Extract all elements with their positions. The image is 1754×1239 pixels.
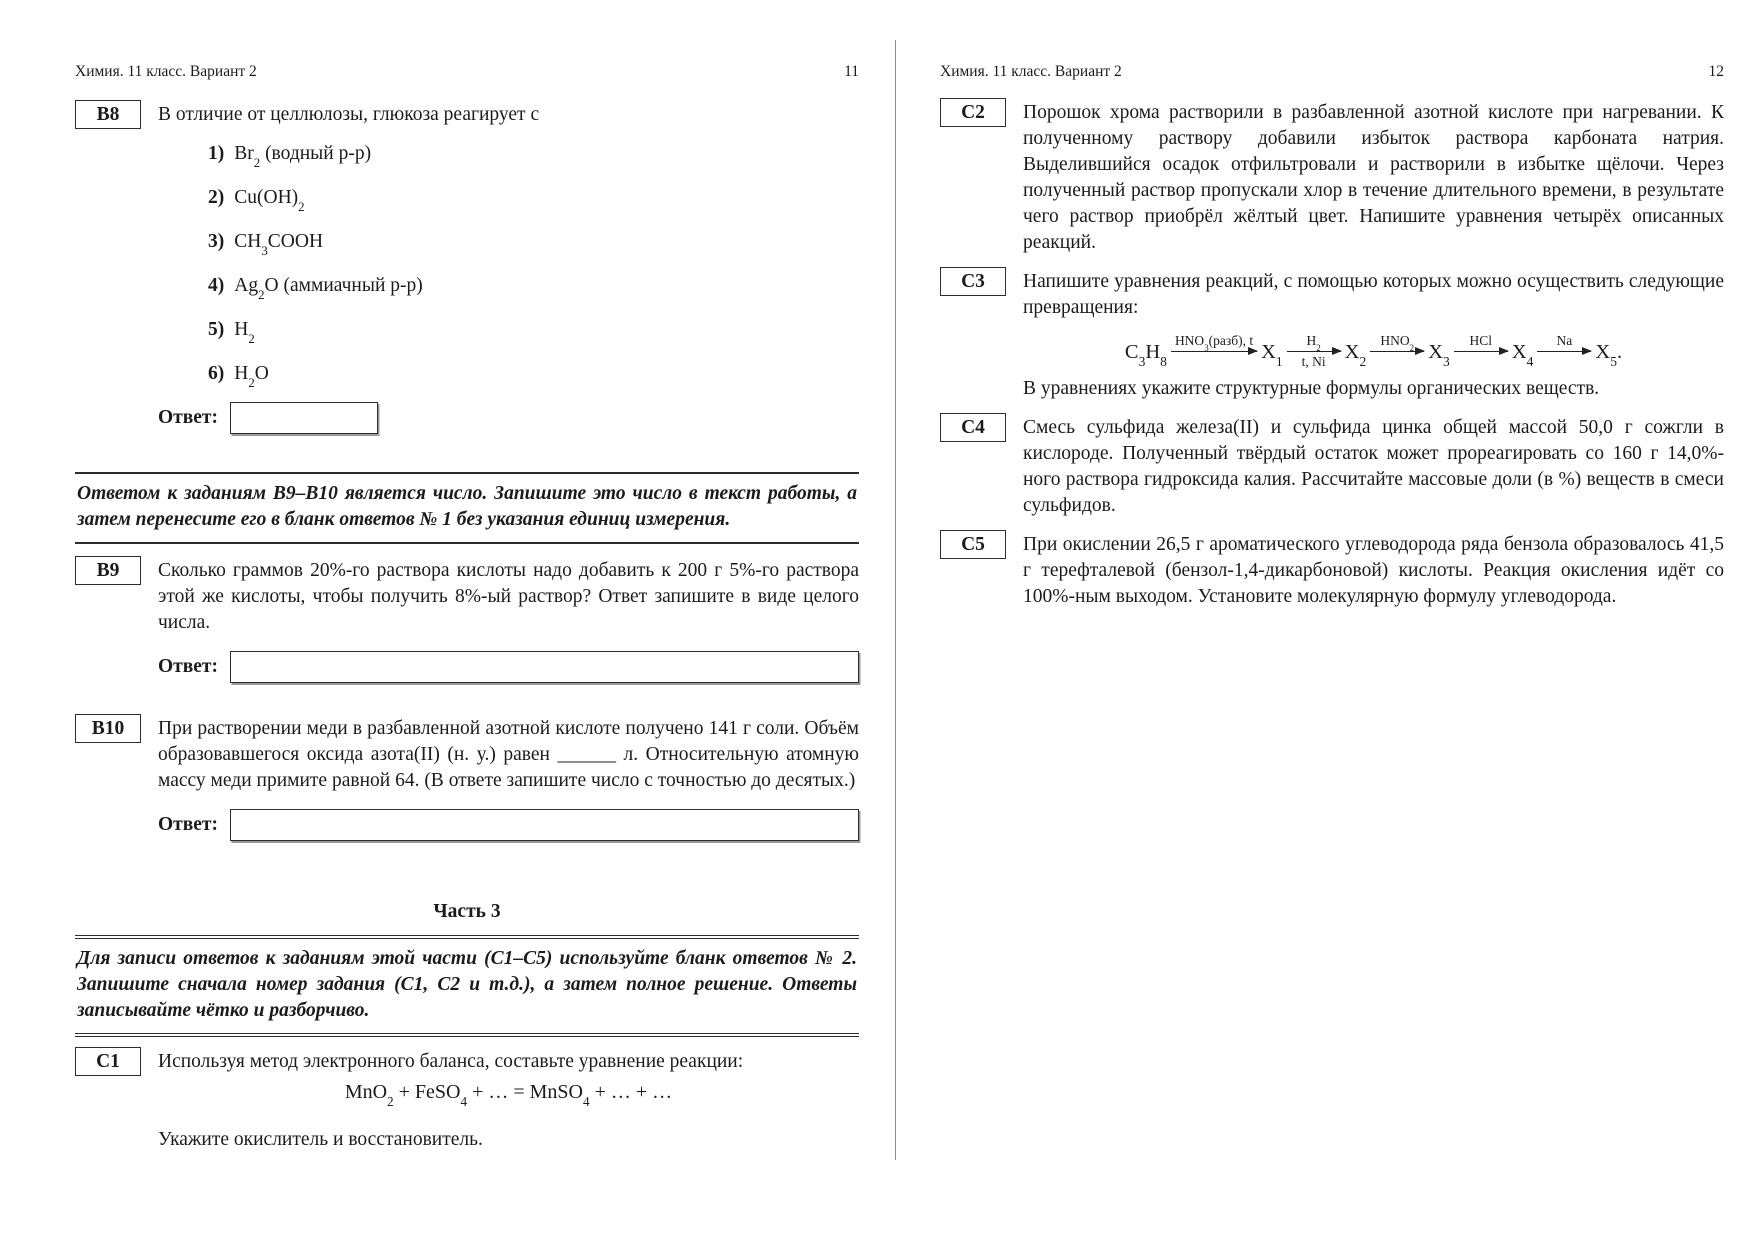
arrow-label-above: Na [1553,333,1577,349]
option-row: 1) Br2 (водный р-р) [208,141,859,167]
arrow-label-below [1477,354,1485,370]
option-formula: H2 [234,317,255,343]
task-c2-label: С2 [940,98,1006,127]
arrow-shaft [1370,351,1424,352]
task-c1-text: Используя метод электронного баланса, со… [158,1049,859,1075]
b8-answer-box[interactable] [230,402,378,434]
reaction-species: X4 [1512,339,1534,365]
b10-answer-box[interactable] [230,809,859,841]
page-header-left: Химия. 11 класс. Вариант 2 11 [75,62,859,82]
reaction-arrow: HNO2 [1370,333,1424,370]
arrow-label-above: HNO2 [1376,333,1418,349]
c1-equation: MnO2 + FeSO4 + … = MnSO4 + … + … [158,1079,859,1105]
reaction-species: X2 [1345,339,1367,365]
task-c2-text: Порошок хрома растворили в разбавленной … [1023,100,1724,256]
task-b10-label: В10 [75,714,141,743]
task-c1-label: С1 [75,1047,141,1076]
option-row: 5) H2 [208,317,859,343]
option-number: 1) [208,141,224,167]
arrow-label-below [1393,354,1401,370]
arrow-label-above: HCl [1466,333,1497,349]
b8-answer-row: Ответ: [158,402,859,434]
b9-answer-box[interactable] [230,651,859,683]
reaction-arrow: HCl [1454,333,1508,370]
answer-label: Ответ: [158,812,218,838]
option-number: 3) [208,229,224,255]
c3-note: В уравнениях укажите структурные формулы… [1023,376,1724,402]
reaction-arrow: HNO3(разб), t [1171,333,1257,370]
task-b8-options: 1) Br2 (водный р-р) 2) Cu(OH)2 3) CH3COO… [158,141,859,387]
task-c5-text: При окислении 26,5 г ароматического угле… [1023,532,1724,610]
task-c3-label: С3 [940,267,1006,296]
task-b8-label: В8 [75,100,141,129]
answer-label: Ответ: [158,405,218,431]
option-formula: Cu(OH)2 [234,185,304,211]
option-formula: H2O [234,361,269,387]
b10-answer-row: Ответ: [158,809,859,841]
task-c5-label: С5 [940,530,1006,559]
answer-label: Ответ: [158,654,218,680]
running-title: Химия. 11 класс. Вариант 2 [940,62,1122,82]
task-b8: В8 В отличие от целлюлозы, глюкоза реаги… [75,102,859,434]
option-number: 4) [208,273,224,299]
page-number: 12 [1709,62,1725,82]
task-c4: С4 Смесь сульфида железа(II) и сульфида … [940,415,1724,519]
task-b9-text: Сколько граммов 20%-го раствора кислоты … [158,558,859,636]
reaction-chain: C3H8 HNO3(разб), t X1 H2 t, Ni X2 HNO2 [1023,333,1724,370]
option-number: 6) [208,361,224,387]
option-number: 2) [208,185,224,211]
b9-answer-row: Ответ: [158,651,859,683]
reaction-species: X1 [1261,339,1283,365]
arrow-label-below: t, Ni [1298,354,1330,370]
task-b9-label: В9 [75,556,141,585]
arrow-shaft [1537,351,1591,352]
arrow-shaft [1287,351,1341,352]
reaction-species: X5. [1595,339,1622,365]
arrow-label-above: HNO3(разб), t [1171,333,1257,349]
option-formula: Br2 (водный р-р) [234,141,371,167]
page-divider [895,40,896,1160]
option-number: 5) [208,317,224,343]
task-c3-text: Напишите уравнения реакций, с помощью ко… [1023,269,1724,321]
arrow-label-above: H2 [1303,333,1325,349]
instruction-note-b9-b10: Ответом к заданиям В9–В10 является число… [75,472,859,544]
instruction-note-part3: Для записи ответов к заданиям этой части… [75,935,859,1037]
task-b10-text: При растворении меди в разбавленной азот… [158,716,859,794]
arrow-label-below [1210,354,1218,370]
reaction-arrow: Na [1537,333,1591,370]
running-title: Химия. 11 класс. Вариант 2 [75,62,257,82]
arrow-label-below [1560,354,1568,370]
arrow-shaft [1454,351,1508,352]
task-c5: С5 При окислении 26,5 г ароматического у… [940,532,1724,610]
page-right: Химия. 11 класс. Вариант 2 12 С2 Порошок… [940,62,1724,610]
task-b9: В9 Сколько граммов 20%-го раствора кисло… [75,558,859,683]
task-c3: С3 Напишите уравнения реакций, с помощью… [940,269,1724,402]
reaction-species: X3 [1428,339,1450,365]
page-left: Химия. 11 класс. Вариант 2 11 В8 В отлич… [75,62,859,1153]
task-b10: В10 При растворении меди в разбавленной … [75,716,859,841]
option-row: 4) Ag2O (аммиачный р-р) [208,273,859,299]
option-row: 2) Cu(OH)2 [208,185,859,211]
reaction-species: C3H8 [1125,339,1167,365]
reaction-arrow: H2 t, Ni [1287,333,1341,370]
c1-note: Укажите окислитель и восстановитель. [158,1127,859,1153]
exam-scan: { "page_left": { "header": "Химия. 11 кл… [0,0,1754,1239]
option-formula: CH3COOH [234,229,323,255]
option-formula: Ag2O (аммиачный р-р) [234,273,423,299]
arrow-shaft [1171,351,1257,352]
task-c1: С1 Используя метод электронного баланса,… [75,1049,859,1153]
option-row: 6) H2O [208,361,859,387]
page-number: 11 [844,62,859,82]
page-header-right: Химия. 11 класс. Вариант 2 12 [940,62,1724,82]
task-c4-text: Смесь сульфида железа(II) и сульфида цин… [1023,415,1724,519]
task-c2: С2 Порошок хрома растворили в разбавленн… [940,100,1724,256]
part3-heading: Часть 3 [75,899,859,925]
option-row: 3) CH3COOH [208,229,859,255]
task-c4-label: С4 [940,413,1006,442]
task-b8-question: В отличие от целлюлозы, глюкоза реагируе… [158,102,859,128]
